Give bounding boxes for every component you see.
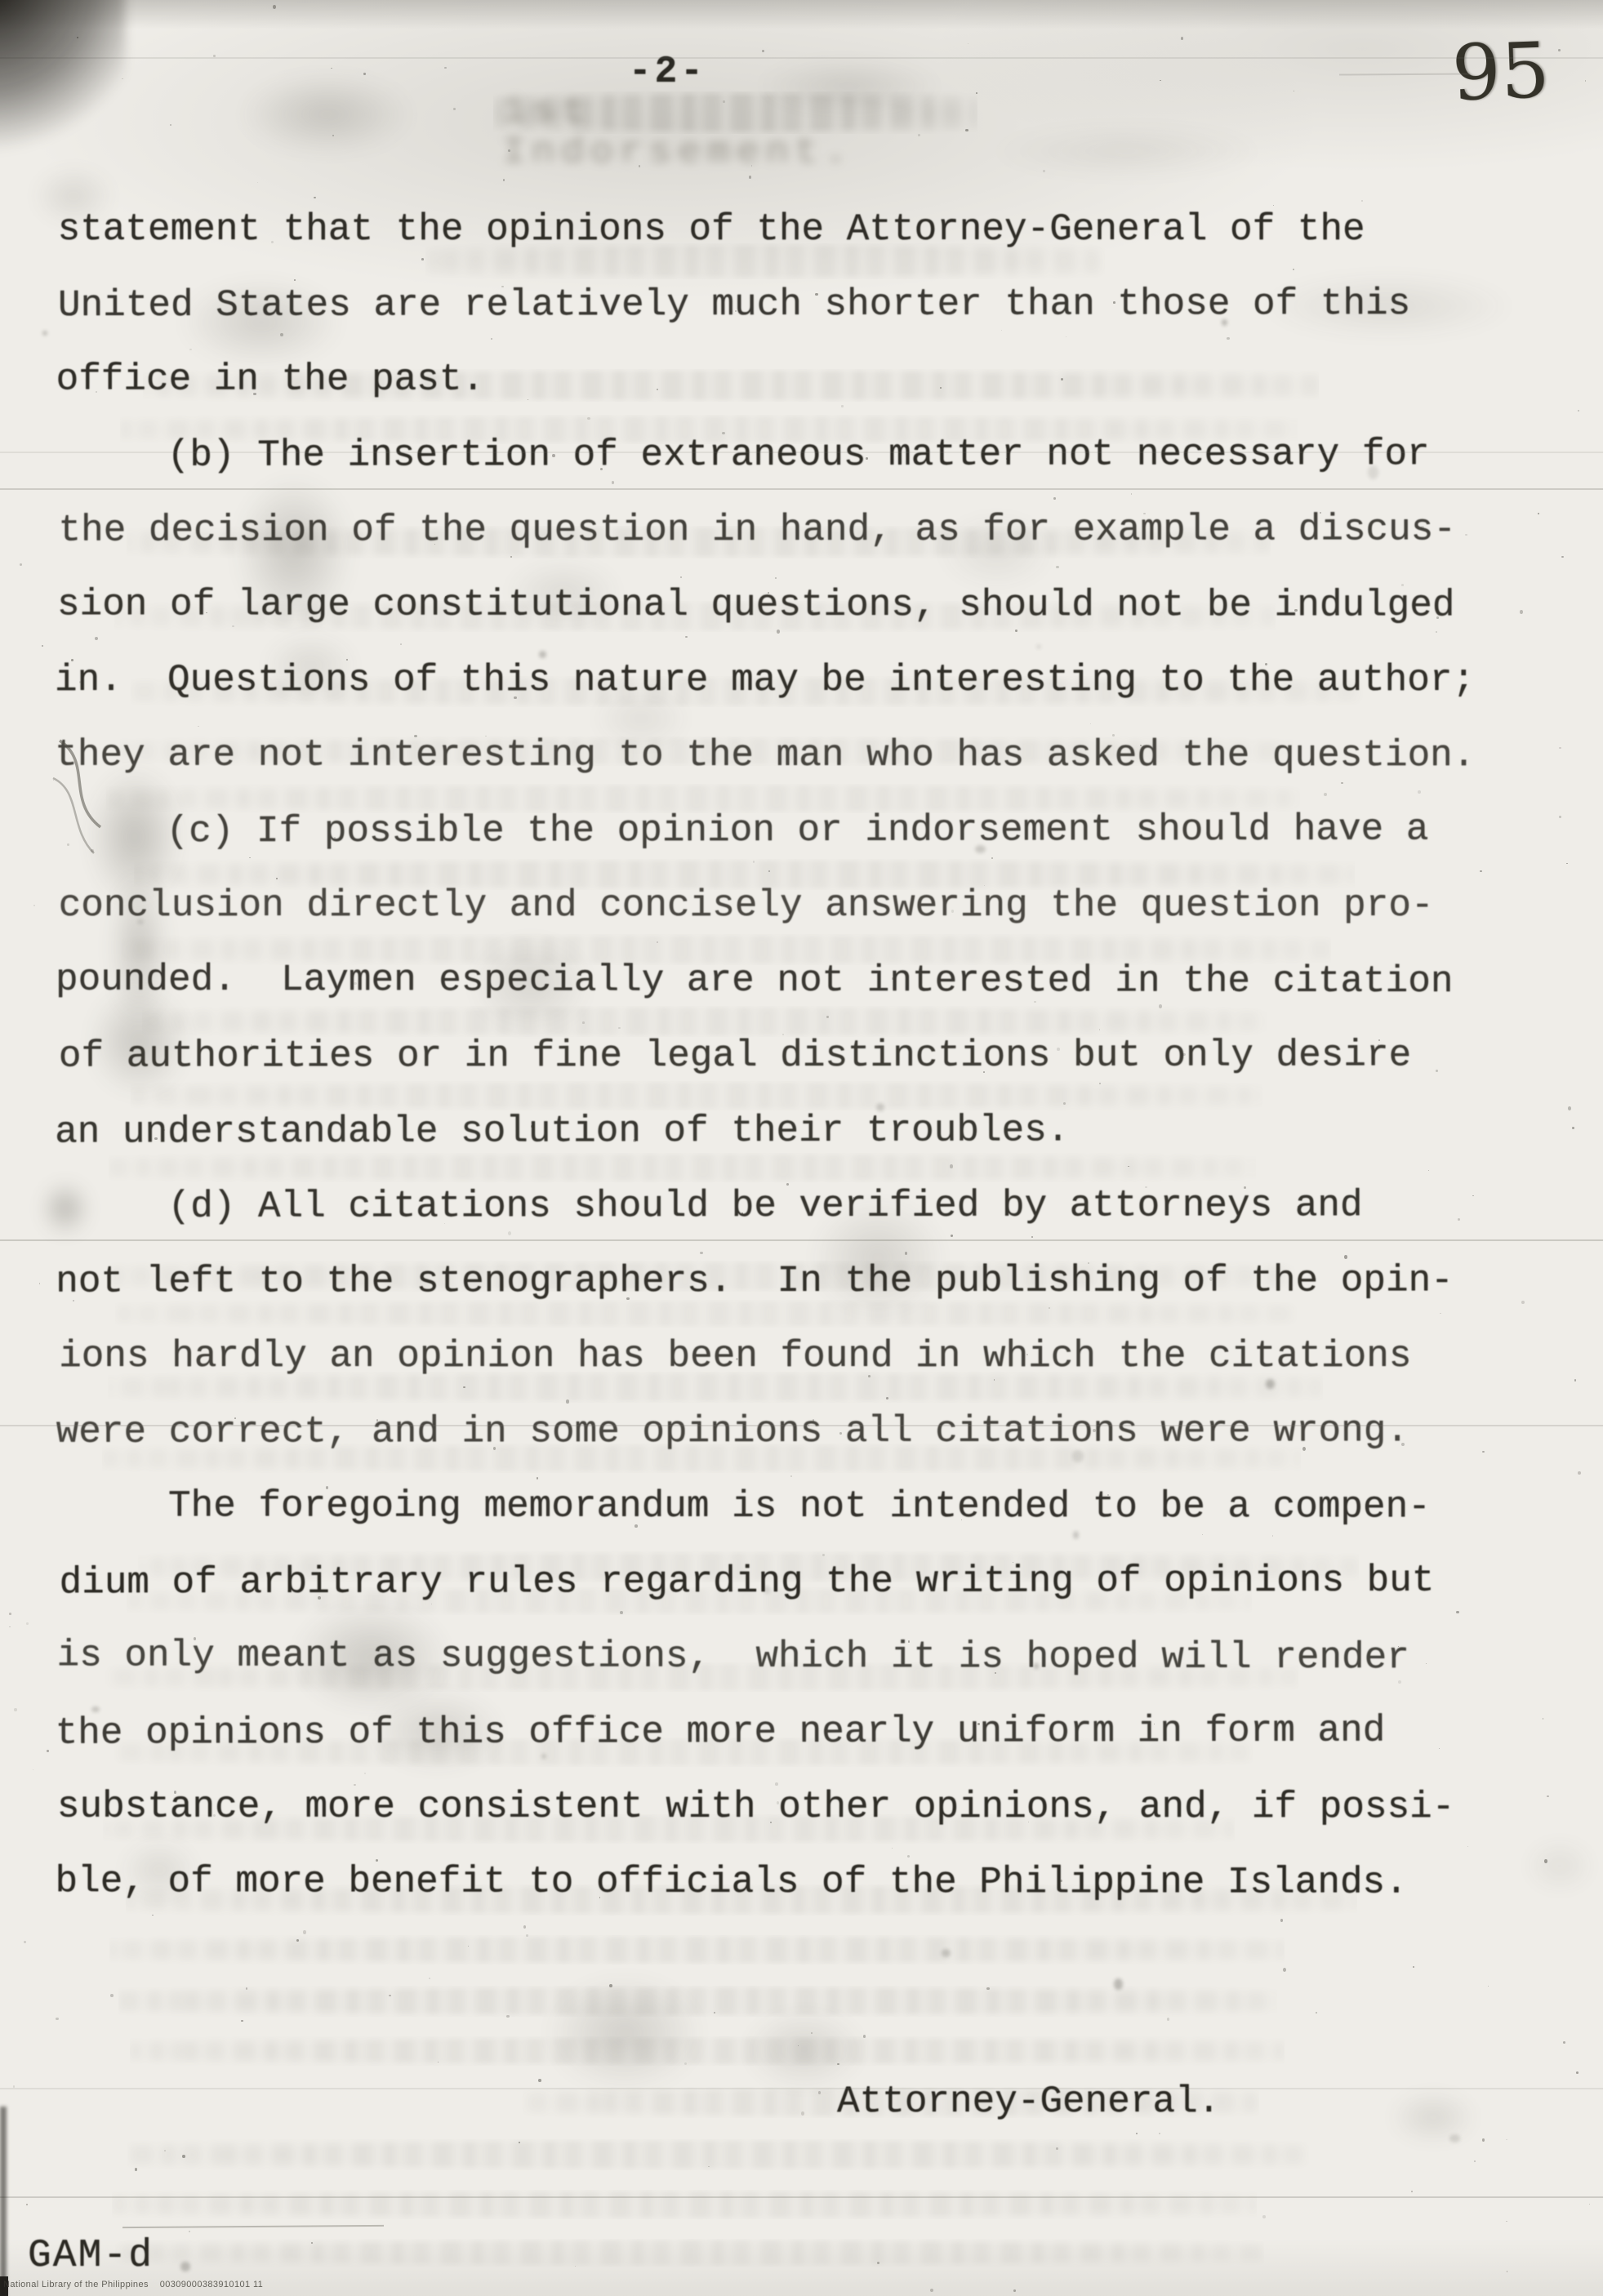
pencil-mark — [45, 731, 167, 902]
text-line: pounded. Laymen especially are not inter… — [56, 950, 1542, 1028]
ghost-header-bleed-text: 1st Indorsement. — [502, 91, 960, 172]
text-line: statement that the opinions of the Attor… — [58, 200, 1544, 275]
page-number: -2- — [629, 51, 706, 93]
folio-number: 95 — [1450, 26, 1551, 118]
text-line: is only meant as suggestions, which it i… — [57, 1626, 1543, 1703]
text-line: of authorities or in fine legal distinct… — [59, 1026, 1545, 1101]
document-body: statement that the opinions of the Attor… — [57, 200, 1543, 1928]
text-line: ions hardly an opinion has been found in… — [59, 1327, 1545, 1402]
text-line: an understandable solution of their trou… — [55, 1100, 1541, 1177]
text-line: substance, more consistent with other op… — [57, 1778, 1543, 1853]
scanned-document-page: -2- 1st Indorsement. 95 statement that t… — [0, 0, 1603, 2296]
text-line: ble, of more benefit to officials of the… — [55, 1852, 1541, 1929]
text-line: United States are relatively much shorte… — [58, 274, 1544, 351]
text-line: (c) If possible the opinion or indorseme… — [56, 799, 1543, 877]
text-line: (d) All citations should be verified by … — [58, 1176, 1544, 1253]
text-line: were correct, and in some opinions all c… — [56, 1401, 1543, 1478]
signature-line: Attorney-General. — [837, 2080, 1220, 2123]
text-line: the opinions of this office more nearly … — [56, 1701, 1542, 1778]
text-line: sion of large constitutional questions, … — [57, 575, 1543, 651]
text-line: office in the past. — [56, 350, 1543, 426]
text-line: The foregoing memorandum is not intended… — [58, 1476, 1544, 1552]
library-watermark: National Library of the Philippines 0030… — [3, 2280, 263, 2294]
typist-initials: GAM-d — [28, 2234, 154, 2278]
text-line: dium of arbitrary rules regarding the wr… — [60, 1551, 1546, 1629]
text-line: in. Questions of this nature may be inte… — [55, 651, 1541, 726]
text-line: conclusion directly and concisely answer… — [59, 876, 1545, 951]
text-line: (b) The insertion of extraneous matter n… — [57, 425, 1543, 501]
text-line: not left to the stenographers. In the pu… — [56, 1251, 1542, 1327]
text-line: they are not interesting to the man who … — [55, 726, 1541, 802]
text-line: the decision of the question in hand, as… — [58, 500, 1544, 576]
